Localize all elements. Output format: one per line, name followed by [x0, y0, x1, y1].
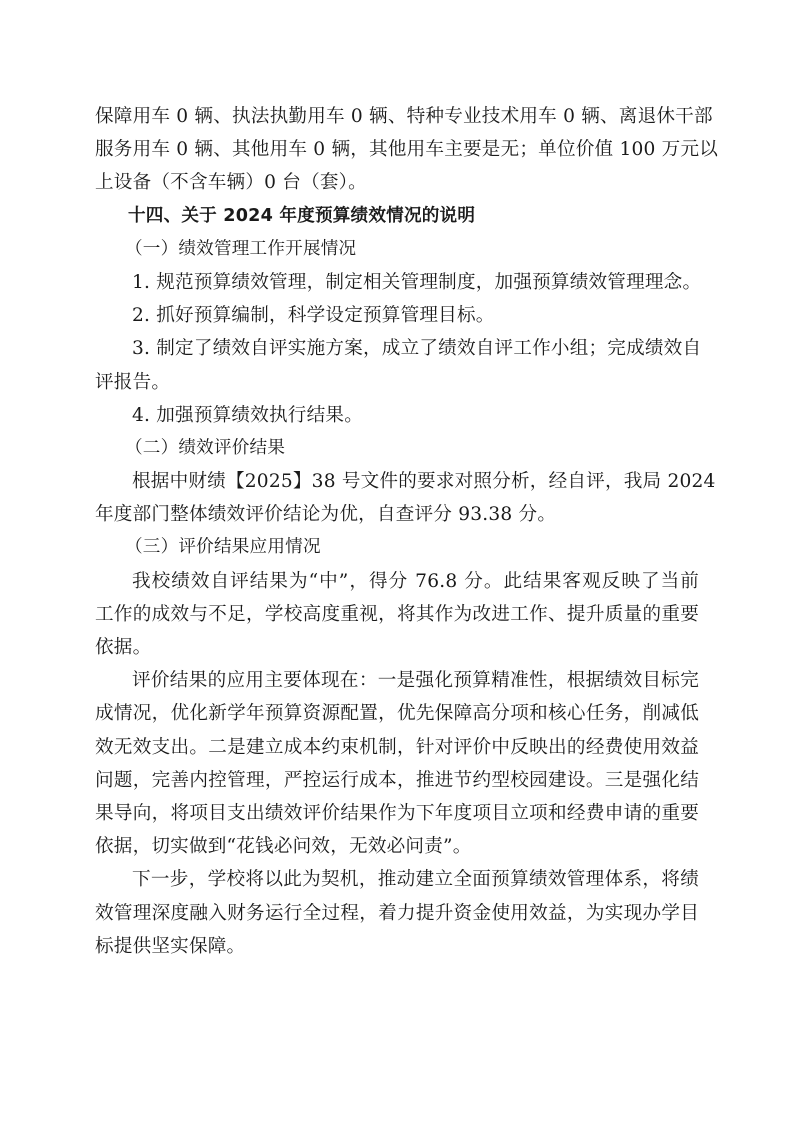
paragraph: 下一步，学校将以此为契机，推动建立全面预算绩效管理体系，将绩 效管理深度融入财务… [95, 863, 699, 963]
paragraph: 评价结果的应用主要体现在：一是强化预算精准性，根据绩效目标完 成情况，优化新学年… [95, 664, 699, 863]
paragraph-line: 依据，切实做到“花钱必问效，无效必问责”。 [95, 830, 699, 863]
paragraph-line: 效无效支出。二是建立成本约束机制，针对评价中反映出的经费使用效益 [95, 731, 699, 764]
paragraph-line: 下一步，学校将以此为契机，推动建立全面预算绩效管理体系，将绩 [95, 863, 699, 896]
paragraph: 根据中财绩【2025】38 号文件的要求对照分析，经自评，我局 2024 年度部… [95, 465, 699, 531]
section-heading: 十四、关于 2024 年度预算绩效情况的说明 [95, 200, 699, 233]
paragraph-line: 问题，完善内控管理，严控运行成本，推进节约型校园建设。三是强化结 [95, 764, 699, 797]
subsection-heading: （三）评价结果应用情况 [95, 531, 699, 564]
paragraph-line: 标提供坚实保障。 [95, 930, 699, 963]
paragraph-line: 我校绩效自评结果为“中”，得分 76.8 分。此结果客观反映了当前 [95, 565, 699, 598]
paragraph-line: 工作的成效与不足，学校高度重视，将其作为改进工作、提升质量的重要 [95, 598, 699, 631]
paragraph-line: 4. 加强预算绩效执行结果。 [95, 399, 699, 432]
list-item: 2. 抓好预算编制，科学设定预算管理目标。 [95, 299, 699, 332]
paragraph: 我校绩效自评结果为“中”，得分 76.8 分。此结果客观反映了当前 工作的成效与… [95, 565, 699, 665]
subsection-heading: （一）绩效管理工作开展情况 [95, 233, 699, 266]
paragraph-line: 根据中财绩【2025】38 号文件的要求对照分析，经自评，我局 2024 [95, 465, 699, 498]
paragraph-line: 2. 抓好预算编制，科学设定预算管理目标。 [95, 299, 699, 332]
document-page: 保障用车 0 辆、执法执勤用车 0 辆、特种专业技术用车 0 辆、离退休干部 服… [95, 100, 699, 963]
list-item: 3. 制定了绩效自评实施方案，成立了绩效自评工作小组；完成绩效自 评报告。 [95, 332, 699, 398]
paragraph-line: 1. 规范预算绩效管理，制定相关管理制度，加强预算绩效管理理念。 [95, 266, 699, 299]
paragraph-line: 年度部门整体绩效评价结论为优，自查评分 93.38 分。 [95, 498, 699, 531]
subsection-heading: （二）绩效评价结果 [95, 432, 699, 465]
paragraph-line: 果导向，将项目支出绩效评价结果作为下年度项目立项和经费申请的重要 [95, 797, 699, 830]
paragraph-line: 服务用车 0 辆、其他用车 0 辆，其他用车主要是无；单位价值 100 万元以 [95, 133, 699, 166]
list-item: 4. 加强预算绩效执行结果。 [95, 399, 699, 432]
intro-paragraph: 保障用车 0 辆、执法执勤用车 0 辆、特种专业技术用车 0 辆、离退休干部 服… [95, 100, 699, 200]
paragraph-line: 效管理深度融入财务运行全过程，着力提升资金使用效益，为实现办学目 [95, 897, 699, 930]
list-item: 1. 规范预算绩效管理，制定相关管理制度，加强预算绩效管理理念。 [95, 266, 699, 299]
paragraph-line: 3. 制定了绩效自评实施方案，成立了绩效自评工作小组；完成绩效自 [95, 332, 699, 365]
paragraph-line: 评报告。 [95, 366, 699, 399]
paragraph-line: 评价结果的应用主要体现在：一是强化预算精准性，根据绩效目标完 [95, 664, 699, 697]
paragraph-line: 保障用车 0 辆、执法执勤用车 0 辆、特种专业技术用车 0 辆、离退休干部 [95, 100, 699, 133]
paragraph-line: 依据。 [95, 631, 699, 664]
paragraph-line: 上设备（不含车辆）0 台（套）。 [95, 166, 699, 199]
paragraph-line: 成情况，优化新学年预算资源配置，优先保障高分项和核心任务，削减低 [95, 697, 699, 730]
